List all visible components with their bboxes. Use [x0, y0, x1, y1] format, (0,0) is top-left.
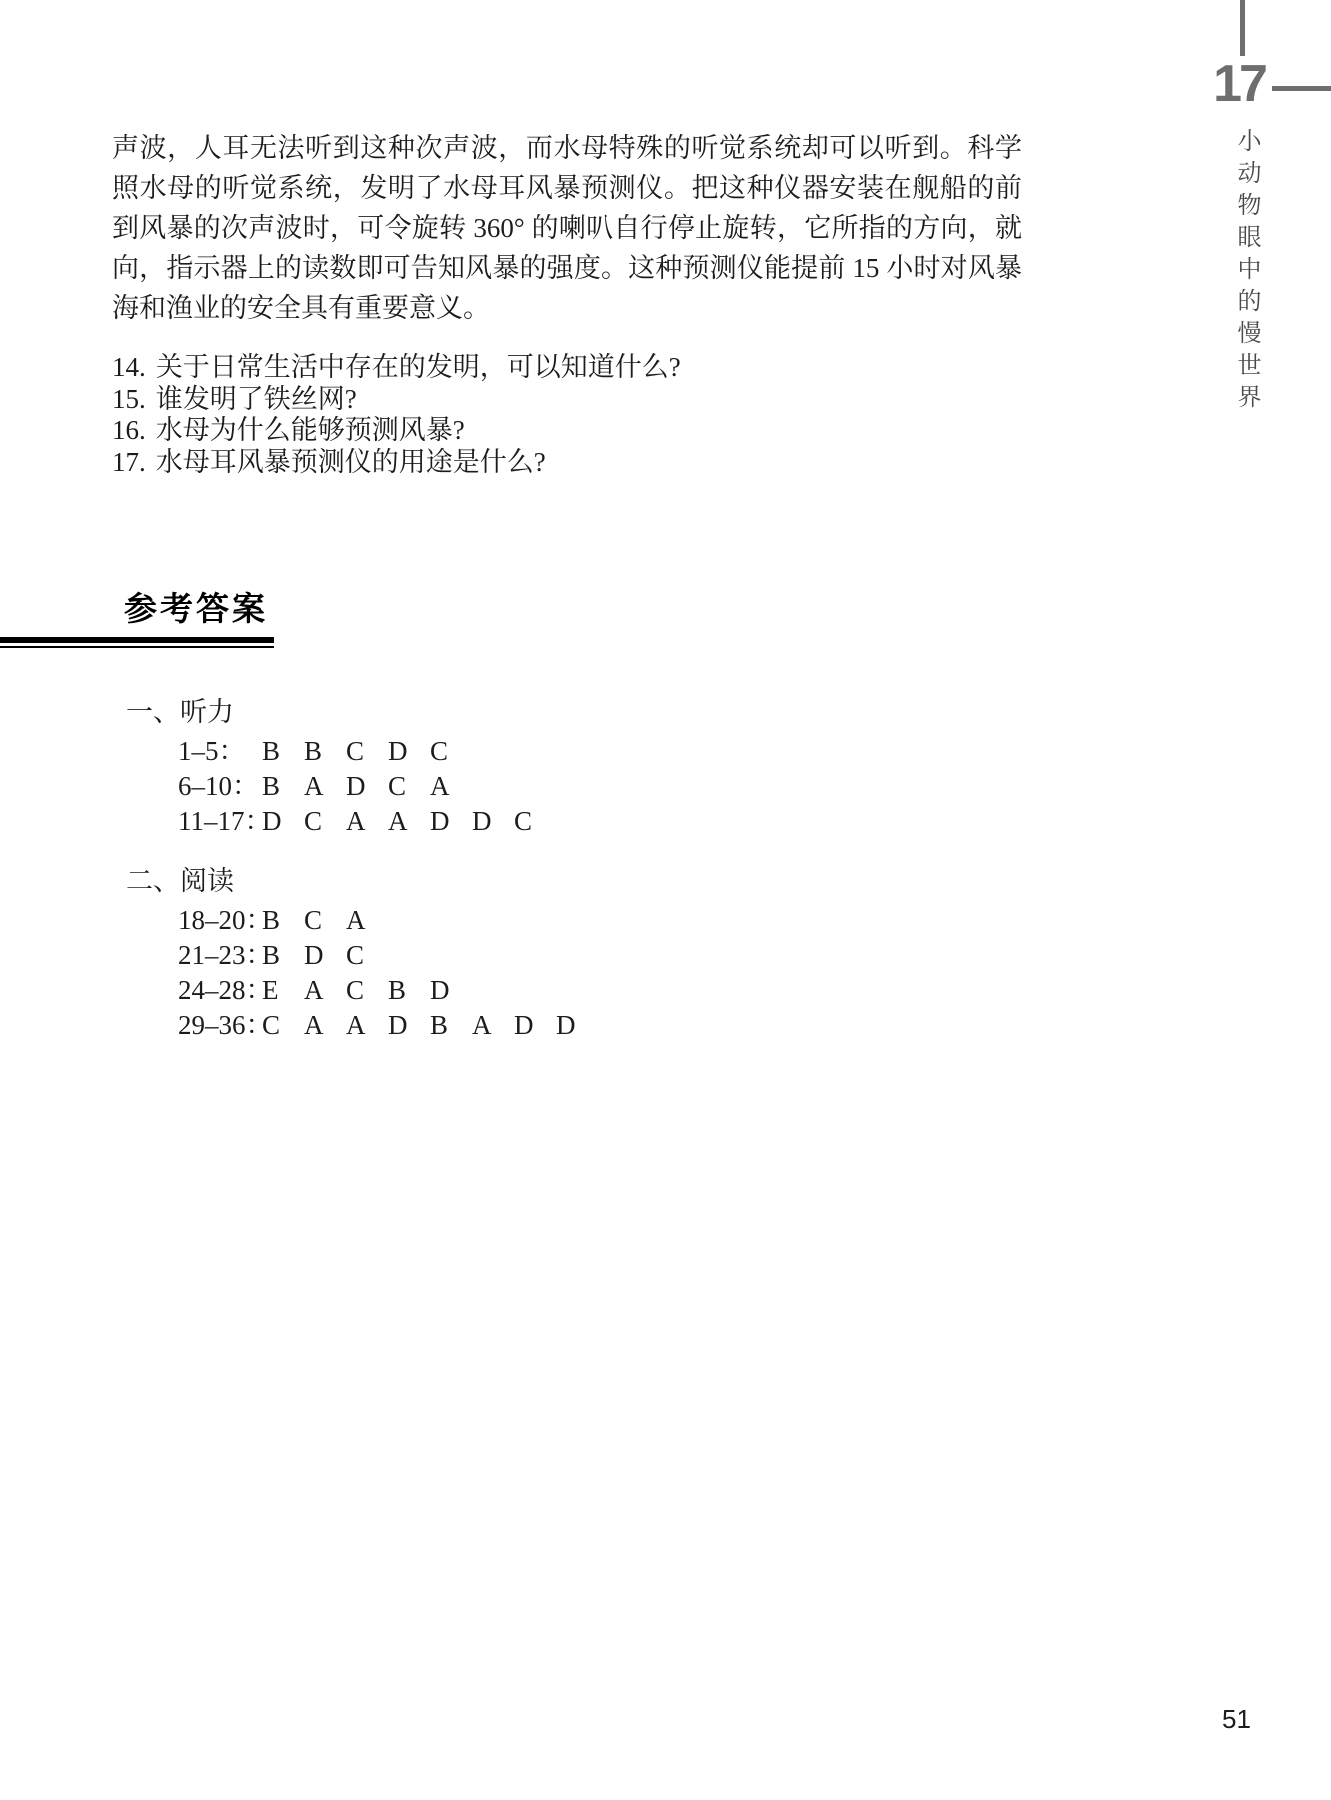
answer-letter: D [304, 938, 346, 973]
page-number: 51 [1222, 1704, 1251, 1735]
question-text: 谁发明了铁丝网? [156, 384, 357, 414]
question-text: 关于日常生活中存在的发明，可以知道什么? [156, 352, 681, 382]
answer-row: 18–20： B C A [178, 903, 1022, 938]
section-title-reading: 二、阅读 [126, 865, 1022, 897]
answer-letter: A [346, 1008, 388, 1043]
question-text: 水母为什么能够预测风暴? [156, 415, 465, 445]
answer-letter: D [556, 1008, 598, 1043]
answer-range: 18–20： [178, 903, 262, 938]
passage-line: 海和渔业的安全具有重要意义。 [112, 288, 1022, 328]
chapter-number: 17 [1213, 58, 1265, 110]
answer-letter: C [388, 769, 430, 804]
question-item-14: 14.关于日常生活中存在的发明，可以知道什么? [112, 352, 1022, 384]
question-item-16: 16.水母为什么能够预测风暴? [112, 415, 1022, 447]
answer-letter: D [388, 1008, 430, 1043]
answer-letter: B [262, 769, 304, 804]
answer-range: 1–5： [178, 734, 262, 769]
answer-letter: B [304, 734, 346, 769]
textbook-page: 17 小动物眼中的慢世界 声波，人耳无法听到这种次声波，而水母特殊的听觉系统却可… [0, 0, 1331, 1800]
answer-range: 21–23： [178, 938, 262, 973]
answer-letter: C [346, 938, 388, 973]
answer-range: 29–36： [178, 1008, 262, 1043]
answer-letter: A [472, 1008, 514, 1043]
question-number: 16. [112, 415, 146, 445]
answer-letter: A [304, 769, 346, 804]
answer-letter: B [262, 903, 304, 938]
answer-range: 24–28： [178, 973, 262, 1008]
passage-line: 向，指示器上的读数即可告知风暴的强度。这种预测仪能提前 15 小时对风暴做出预报… [112, 248, 1022, 288]
question-item-15: 15.谁发明了铁丝网? [112, 384, 1022, 416]
passage-line: 到风暴的次声波时，可令旋转 360° 的喇叭自行停止旋转，它所指的方向，就是风暴… [112, 208, 1022, 248]
answer-row: 21–23： B D C [178, 938, 1022, 973]
listening-answers: 一、听力 1–5： B B C D C 6–10： B A D C A 11–1… [126, 696, 1022, 839]
answer-letter: B [262, 734, 304, 769]
heading-rule [0, 637, 274, 648]
question-number: 15. [112, 384, 146, 414]
answer-letter: A [304, 973, 346, 1008]
chapter-title-vertical: 小动物眼中的慢世界 [1229, 128, 1264, 416]
answer-row: 6–10： B A D C A [178, 769, 1022, 804]
question-number: 17. [112, 447, 146, 477]
answer-letter: B [430, 1008, 472, 1043]
section-title-listening: 一、听力 [126, 696, 1022, 728]
chapter-marker-side-line [1272, 86, 1331, 91]
answer-letter: C [304, 903, 346, 938]
answer-key-section: 参考答案 一、听力 1–5： B B C D C 6–10： B A D C A [0, 590, 1022, 1043]
answer-letter: B [388, 973, 430, 1008]
answer-letter: C [262, 1008, 304, 1043]
answer-letter: C [304, 804, 346, 839]
answer-letter: A [304, 1008, 346, 1043]
answer-letter: A [346, 903, 388, 938]
answer-letter: C [346, 973, 388, 1008]
chapter-marker-top-line [1240, 0, 1245, 56]
heading-rule-thin [0, 646, 274, 648]
question-item-17: 17.水母耳风暴预测仪的用途是什么? [112, 447, 1022, 479]
heading-rule-thick [0, 637, 274, 643]
passage-line: 声波，人耳无法听到这种次声波，而水母特殊的听觉系统却可以听到。科学家通过研究，仿 [112, 128, 1022, 168]
answer-row: 11–17： D C A A D D C [178, 804, 1022, 839]
answer-letter: D [472, 804, 514, 839]
answer-letter: C [346, 734, 388, 769]
answer-range: 11–17： [178, 804, 262, 839]
answer-letter: D [346, 769, 388, 804]
answer-row: 29–36： C A A D B A D D [178, 1008, 1022, 1043]
answer-letter: A [430, 769, 472, 804]
answer-range: 6–10： [178, 769, 262, 804]
question-list: 14.关于日常生活中存在的发明，可以知道什么? 15.谁发明了铁丝网? 16.水… [112, 352, 1022, 478]
answer-letter: D [388, 734, 430, 769]
question-number: 14. [112, 352, 146, 382]
answer-row: 24–28： E A C B D [178, 973, 1022, 1008]
reading-passage: 声波，人耳无法听到这种次声波，而水母特殊的听觉系统却可以听到。科学家通过研究，仿… [112, 128, 1022, 328]
passage-line: 照水母的听觉系统，发明了水母耳风暴预测仪。把这种仪器安装在舰船的前甲板上，当接受 [112, 168, 1022, 208]
answer-letter: A [388, 804, 430, 839]
answer-letter: D [430, 804, 472, 839]
answer-letter: D [262, 804, 304, 839]
answers-heading: 参考答案 [124, 590, 1022, 628]
answer-letter: A [346, 804, 388, 839]
answer-letter: C [514, 804, 556, 839]
answer-letter: C [430, 734, 472, 769]
answer-letter: E [262, 973, 304, 1008]
answer-row: 1–5： B B C D C [178, 734, 1022, 769]
answer-letter: D [514, 1008, 556, 1043]
question-text: 水母耳风暴预测仪的用途是什么? [156, 447, 546, 477]
reading-answers: 二、阅读 18–20： B C A 21–23： B D C 24–28： E … [126, 865, 1022, 1043]
answer-letter: B [262, 938, 304, 973]
answer-letter: D [430, 973, 472, 1008]
